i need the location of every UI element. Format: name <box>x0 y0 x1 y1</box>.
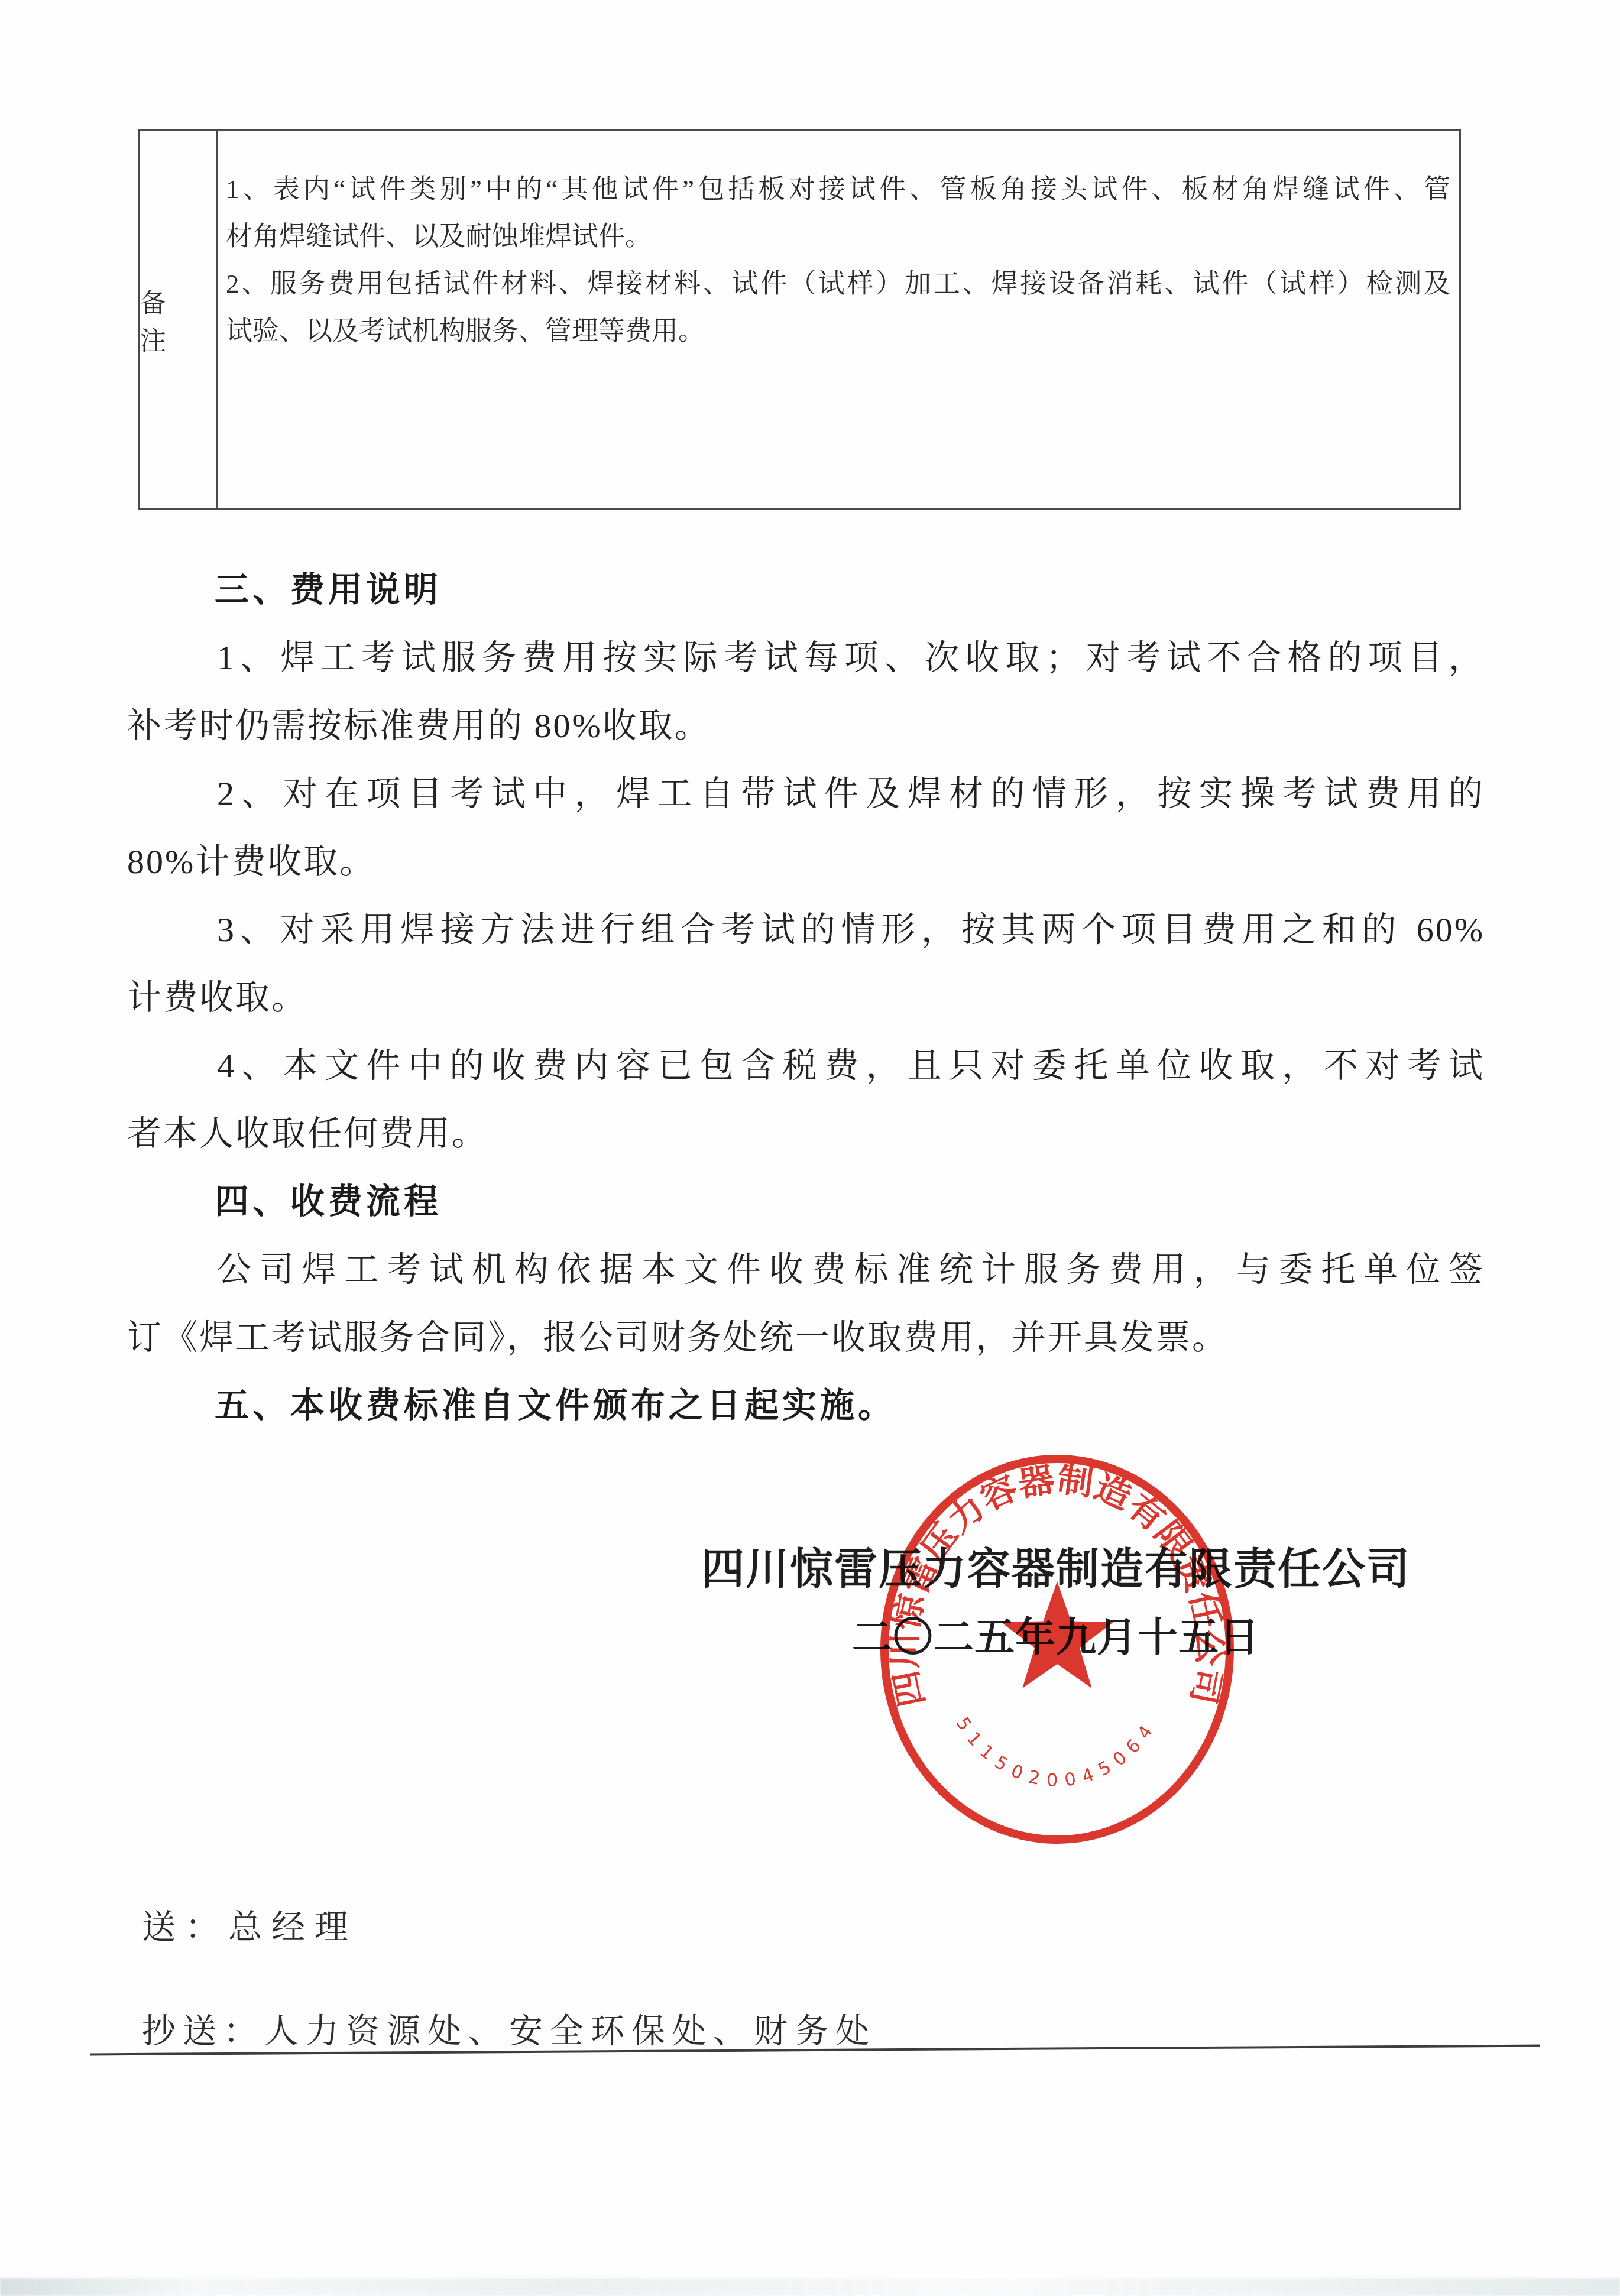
body-line: 计费收取。 <box>127 964 1485 1032</box>
body-line: 者本人收取任何费用。 <box>127 1100 1485 1168</box>
seal-serial-number: 5115020045064 <box>952 1714 1161 1791</box>
body-line: 公司焊工考试机构依据本文件收费标准统计服务费用，与委托单位签 <box>127 1235 1485 1303</box>
document-body: 三、费用说明 1、焊工考试服务费用按实际考试每项、次收取；对考试不合格的项目， … <box>127 556 1485 1439</box>
note-line-1: 1、表内“试件类别”中的“其他试件”包括板对接试件、管板角接头试件、板材角焊缝试… <box>226 166 1450 213</box>
section-heading-fees: 三、费用说明 <box>127 556 1485 624</box>
scanned-document-page: 备 注 1、表内“试件类别”中的“其他试件”包括板对接试件、管板角接头试件、板材… <box>0 0 1620 2296</box>
body-line: 4、本文件中的收费内容已包含税费，且只对委托单位收取，不对考试 <box>127 1032 1485 1100</box>
scan-edge-artifact <box>0 2278 1620 2296</box>
body-line: 1、焊工考试服务费用按实际考试每项、次收取；对考试不合格的项目， <box>127 624 1485 692</box>
note-line-4: 试验、以及考试机构服务、管理等费用。 <box>226 307 1450 355</box>
body-line: 补考时仍需按标准费用的 80%收取。 <box>127 692 1485 760</box>
note-line-3: 2、服务费用包括试件材料、焊接材料、试件（试样）加工、焊接设备消耗、试件（试样）… <box>226 260 1450 307</box>
body-line: 2、对在项目考试中，焊工自带试件及焊材的情形，按实操考试费用的 <box>127 760 1485 828</box>
remarks-content: 1、表内“试件类别”中的“其他试件”包括板对接试件、管板角接头试件、板材角焊缝试… <box>220 166 1450 355</box>
company-seal-stamp: 四川惊雷压力容器制造有限责任公司 5115020045064 <box>868 1436 1246 1862</box>
distribution-cc-line: 抄送：人力资源处、安全环保处、财务处 <box>142 2004 876 2052</box>
body-line: 80%计费收取。 <box>127 828 1485 896</box>
svg-text:5115020045064: 5115020045064 <box>952 1714 1161 1791</box>
remarks-label: 备 注 <box>140 131 218 508</box>
distribution-send-line: 送：总经理 <box>142 1900 358 1948</box>
body-line: 3、对采用焊接方法进行组合考试的情形，按其两个项目费用之和的 60% <box>127 896 1485 964</box>
seal-star-icon <box>1001 1581 1113 1688</box>
section-heading-effective: 五、本收费标准自文件颁布之日起实施。 <box>127 1371 1485 1439</box>
section-heading-process: 四、收费流程 <box>127 1168 1485 1235</box>
body-line: 订《焊工考试服务合同》，报公司财务处统一收取费用，并开具发票。 <box>127 1303 1485 1371</box>
note-line-2: 材角焊缝试件、以及耐蚀堆焊试件。 <box>226 213 1450 260</box>
remarks-table: 备 注 1、表内“试件类别”中的“其他试件”包括板对接试件、管板角接头试件、板材… <box>138 129 1461 510</box>
